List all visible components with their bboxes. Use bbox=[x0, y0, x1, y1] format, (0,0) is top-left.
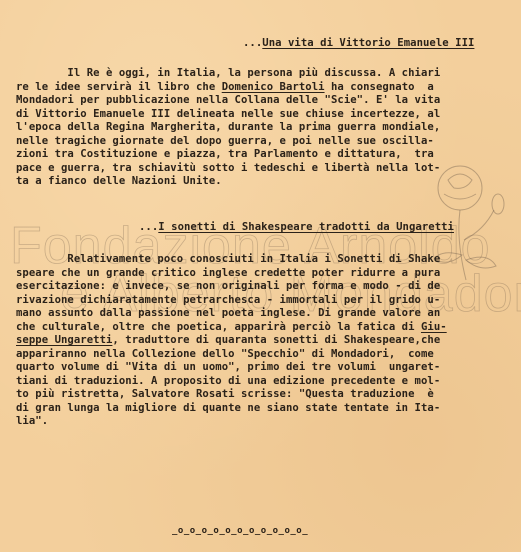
text-line: ta a fianco delle Nazioni Unite. bbox=[16, 175, 222, 188]
text-line: mano assunto dalla passione nel poeta in… bbox=[16, 307, 440, 320]
text-line: appariranno nella Collezione dello "Spec… bbox=[16, 348, 434, 361]
text-line: speare che un grande critico inglese cre… bbox=[16, 267, 440, 280]
text-line: lia". bbox=[16, 415, 48, 428]
section-heading-2: ...I sonetti di Shakespeare tradotti da … bbox=[139, 221, 454, 234]
text-line: l'epoca della Regina Margherita, durante… bbox=[16, 121, 440, 134]
underlined-name: Domenico Bartoli bbox=[222, 81, 325, 93]
text-line: di Vittorio Emanuele III delineata nelle… bbox=[16, 108, 440, 121]
text-line: Relativamente poco conosciuti in Italia … bbox=[16, 253, 440, 266]
heading-title: Una vita di Vittorio Emanuele III bbox=[262, 37, 474, 49]
text-line: re le idee servirà il libro che Domenico… bbox=[16, 81, 434, 94]
text-line: di gran lunga la migliore di quante ne s… bbox=[16, 402, 440, 415]
text-line: esercitazione: e invece, se non original… bbox=[16, 280, 440, 293]
text-line: pace e guerra, tra schiavitù sotto i ted… bbox=[16, 162, 440, 175]
text-line: nelle tragiche giornate del dopo guerra,… bbox=[16, 135, 434, 148]
typed-page: Fondazione Arnoldo e Alberto Mondadori .… bbox=[0, 0, 521, 552]
heading-prefix: ... bbox=[139, 221, 158, 233]
text-line: rivazione dichiaratamente petrarchesca -… bbox=[16, 294, 440, 307]
text-line: quarto volume di "Vita di un uomo", prim… bbox=[16, 361, 440, 374]
text-line: Mondadori per pubblicazione nella Collan… bbox=[16, 94, 440, 107]
separator-line: _o_o_o_o_o_o_o_o_o_o_o_ bbox=[172, 526, 308, 536]
underlined-name: seppe Ungaretti bbox=[16, 334, 112, 346]
text-line: tiani di traduzioni. A proposito di una … bbox=[16, 375, 440, 388]
text-line: zioni tra Costituzione e piazza, tra Par… bbox=[16, 148, 434, 161]
text-line: Il Re è oggi, in Italia, la persona più … bbox=[16, 67, 440, 80]
text-line: che culturale, oltre che poetica, appari… bbox=[16, 321, 447, 334]
heading-title: I sonetti di Shakespeare tradotti da Ung… bbox=[158, 221, 454, 233]
underlined-name: Giu- bbox=[421, 321, 447, 333]
text-line: to più ristretta, Salvatore Rosati scris… bbox=[16, 388, 434, 401]
heading-prefix: ... bbox=[243, 37, 262, 49]
section-heading-1: ...Una vita di Vittorio Emanuele III bbox=[243, 37, 474, 50]
text-line: seppe Ungaretti, traduttore di quaranta … bbox=[16, 334, 440, 347]
